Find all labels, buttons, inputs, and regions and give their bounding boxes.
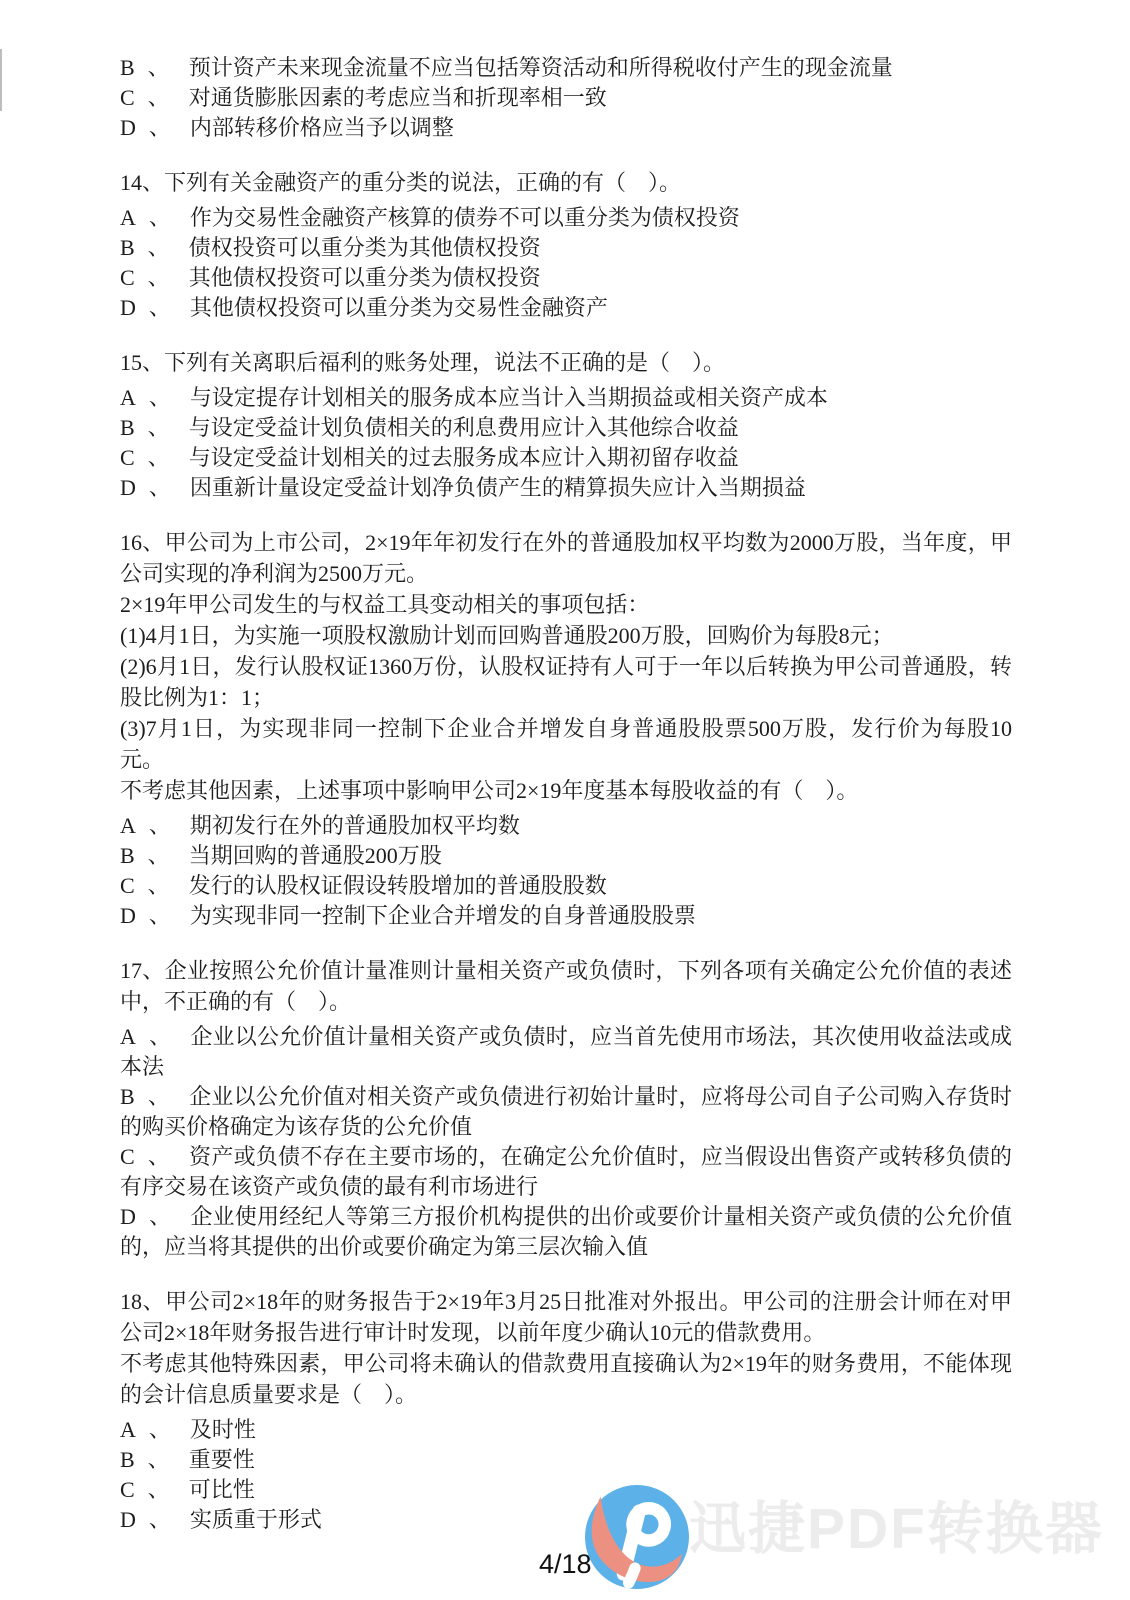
option-label: B、: [120, 235, 183, 260]
option-label: B、: [120, 1447, 183, 1472]
option-label: A、: [120, 205, 184, 230]
stem-paragraph: 15、下列有关离职后福利的账务处理，说法不正确的是（ ）。: [120, 347, 1012, 378]
question-block: 16、甲公司为上市公司，2×19年年初发行在外的普通股加权平均数为2000万股，…: [120, 527, 1012, 931]
option-line: D、企业使用经纪人等第三方报价机构提供的出价或要价计量相关资产或负债的公允价值的…: [120, 1202, 1012, 1262]
option-line: A、企业以公允价值计量相关资产或负债时，应当首先使用市场法，其次使用收益法或成本…: [120, 1022, 1012, 1082]
option-label: C、: [120, 1144, 183, 1169]
option-label: D、: [120, 115, 184, 140]
option-text: 实质重于形式: [190, 1507, 322, 1532]
question-block: 14、下列有关金融资产的重分类的说法，正确的有（ ）。A、作为交易性金融资产核算…: [120, 167, 1012, 323]
option-text: 可比性: [189, 1477, 255, 1502]
option-line: D、因重新计量设定受益计划净负债产生的精算损失应计入当期损益: [120, 473, 1012, 503]
option-line: A、与设定提存计划相关的服务成本应当计入当期损益或相关资产成本: [120, 383, 1012, 413]
page-indicator: 4/18: [539, 1550, 592, 1578]
option-text: 期初发行在外的普通股加权平均数: [190, 813, 520, 838]
options-list: A、作为交易性金融资产核算的债券不可以重分类为债权投资B、债权投资可以重分类为其…: [120, 203, 1012, 323]
option-text: 与设定提存计划相关的服务成本应当计入当期损益或相关资产成本: [190, 385, 828, 410]
option-label: D、: [120, 903, 184, 928]
option-line: B、与设定受益计划负债相关的利息费用应计入其他综合收益: [120, 413, 1012, 443]
option-text: 企业以公允价值计量相关资产或负债时，应当首先使用市场法，其次使用收益法或成本法: [120, 1024, 1012, 1079]
option-line: A、作为交易性金融资产核算的债券不可以重分类为债权投资: [120, 203, 1012, 233]
question-stem: 14、下列有关金融资产的重分类的说法，正确的有（ ）。: [120, 167, 1012, 198]
option-line: C、与设定受益计划相关的过去服务成本应计入期初留存收益: [120, 443, 1012, 473]
option-label: B、: [120, 1084, 183, 1109]
stem-paragraph: (2)6月1日，发行认股权证1360万份，认股权证持有人可于一年以后转换为甲公司…: [120, 651, 1012, 713]
option-label: B、: [120, 843, 183, 868]
option-line: B、当期回购的普通股200万股: [120, 841, 1012, 871]
question-block: B、预计资产未来现金流量不应当包括筹资活动和所得税收付产生的现金流量C、对通货膨…: [120, 53, 1012, 143]
option-text: 预计资产未来现金流量不应当包括筹资活动和所得税收付产生的现金流量: [189, 55, 893, 80]
option-text: 与设定受益计划相关的过去服务成本应计入期初留存收益: [189, 445, 739, 470]
option-label: B、: [120, 55, 183, 80]
option-line: D、内部转移价格应当予以调整: [120, 113, 1012, 143]
question-stem: 18、甲公司2×18年的财务报告于2×19年3月25日批准对外报出。甲公司的注册…: [120, 1286, 1012, 1410]
option-label: C、: [120, 85, 183, 110]
option-label: A、: [120, 813, 184, 838]
stem-paragraph: 17、企业按照公允价值计量准则计量相关资产或负债时，下列各项有关确定公允价值的表…: [120, 955, 1012, 1017]
option-text: 企业使用经纪人等第三方报价机构提供的出价或要价计量相关资产或负债的公允价值的，应…: [120, 1204, 1012, 1259]
option-line: B、预计资产未来现金流量不应当包括筹资活动和所得税收付产生的现金流量: [120, 53, 1012, 83]
option-line: D、其他债权投资可以重分类为交易性金融资产: [120, 293, 1012, 323]
option-label: D、: [120, 1204, 184, 1229]
stem-paragraph: 不考虑其他特殊因素，甲公司将未确认的借款费用直接确认为2×19年的财务费用，不能…: [120, 1348, 1012, 1410]
option-text: 对通货膨胀因素的考虑应当和折现率相一致: [189, 85, 607, 110]
option-line: C、对通货膨胀因素的考虑应当和折现率相一致: [120, 83, 1012, 113]
options-list: B、预计资产未来现金流量不应当包括筹资活动和所得税收付产生的现金流量C、对通货膨…: [120, 53, 1012, 143]
stem-paragraph: 16、甲公司为上市公司，2×19年年初发行在外的普通股加权平均数为2000万股，…: [120, 527, 1012, 589]
option-label: D、: [120, 1507, 184, 1532]
option-line: B、债权投资可以重分类为其他债权投资: [120, 233, 1012, 263]
option-label: D、: [120, 295, 184, 320]
question-stem: 16、甲公司为上市公司，2×19年年初发行在外的普通股加权平均数为2000万股，…: [120, 527, 1012, 806]
options-list: A、与设定提存计划相关的服务成本应当计入当期损益或相关资产成本B、与设定受益计划…: [120, 383, 1012, 503]
option-line: C、其他债权投资可以重分类为债权投资: [120, 263, 1012, 293]
question-block: 15、下列有关离职后福利的账务处理，说法不正确的是（ ）。A、与设定提存计划相关…: [120, 347, 1012, 503]
option-line: A、及时性: [120, 1415, 1012, 1445]
stem-paragraph: (1)4月1日，为实施一项股权激励计划而回购普通股200万股，回购价为每股8元；: [120, 620, 1012, 651]
option-label: A、: [120, 385, 184, 410]
option-label: A、: [120, 1024, 184, 1049]
option-line: D、为实现非同一控制下企业合并增发的自身普通股股票: [120, 901, 1012, 931]
stem-paragraph: 18、甲公司2×18年的财务报告于2×19年3月25日批准对外报出。甲公司的注册…: [120, 1286, 1012, 1348]
option-line: B、企业以公允价值对相关资产或负债进行初始计量时，应将母公司自子公司购入存货时的…: [120, 1082, 1012, 1142]
option-label: C、: [120, 445, 183, 470]
option-line: B、重要性: [120, 1445, 1012, 1475]
options-list: A、期初发行在外的普通股加权平均数B、当期回购的普通股200万股C、发行的认股权…: [120, 811, 1012, 931]
option-label: C、: [120, 1477, 183, 1502]
option-text: 发行的认股权证假设转股增加的普通股股数: [189, 873, 607, 898]
watermark-text: 迅捷PDF转换器: [689, 1498, 1104, 1560]
stem-paragraph: 14、下列有关金融资产的重分类的说法，正确的有（ ）。: [120, 167, 1012, 198]
option-text: 资产或负债不存在主要市场的，在确定公允价值时，应当假设出售资产或转移负债的有序交…: [120, 1144, 1012, 1199]
option-text: 企业以公允价值对相关资产或负债进行初始计量时，应将母公司自子公司购入存货时的购买…: [120, 1084, 1012, 1139]
option-text: 内部转移价格应当予以调整: [190, 115, 454, 140]
option-text: 与设定受益计划负债相关的利息费用应计入其他综合收益: [189, 415, 739, 440]
question-stem: 17、企业按照公允价值计量准则计量相关资产或负债时，下列各项有关确定公允价值的表…: [120, 955, 1012, 1017]
option-text: 为实现非同一控制下企业合并增发的自身普通股股票: [190, 903, 696, 928]
option-label: B、: [120, 415, 183, 440]
stem-paragraph: 2×19年甲公司发生的与权益工具变动相关的事项包括：: [120, 589, 1012, 620]
option-label: A、: [120, 1417, 184, 1442]
scan-artifact-line: [0, 49, 2, 111]
document-body: B、预计资产未来现金流量不应当包括筹资活动和所得税收付产生的现金流量C、对通货膨…: [0, 0, 1130, 1535]
option-label: C、: [120, 873, 183, 898]
option-label: C、: [120, 265, 183, 290]
option-text: 因重新计量设定受益计划净负债产生的精算损失应计入当期损益: [190, 475, 806, 500]
stem-paragraph: (3)7月1日，为实现非同一控制下企业合并增发自身普通股股票500万股，发行价为…: [120, 713, 1012, 775]
options-list: A、企业以公允价值计量相关资产或负债时，应当首先使用市场法，其次使用收益法或成本…: [120, 1022, 1012, 1262]
option-text: 当期回购的普通股200万股: [189, 843, 442, 868]
option-text: 重要性: [189, 1447, 255, 1472]
option-text: 作为交易性金融资产核算的债券不可以重分类为债权投资: [190, 205, 740, 230]
question-stem: 15、下列有关离职后福利的账务处理，说法不正确的是（ ）。: [120, 347, 1012, 378]
option-text: 及时性: [190, 1417, 256, 1442]
question-block: 17、企业按照公允价值计量准则计量相关资产或负债时，下列各项有关确定公允价值的表…: [120, 955, 1012, 1262]
page: B、预计资产未来现金流量不应当包括筹资活动和所得税收付产生的现金流量C、对通货膨…: [0, 0, 1130, 1535]
option-line: A、期初发行在外的普通股加权平均数: [120, 811, 1012, 841]
option-text: 其他债权投资可以重分类为交易性金融资产: [190, 295, 608, 320]
option-line: C、资产或负债不存在主要市场的，在确定公允价值时，应当假设出售资产或转移负债的有…: [120, 1142, 1012, 1202]
option-label: D、: [120, 475, 184, 500]
option-line: C、发行的认股权证假设转股增加的普通股股数: [120, 871, 1012, 901]
option-text: 债权投资可以重分类为其他债权投资: [189, 235, 541, 260]
option-text: 其他债权投资可以重分类为债权投资: [189, 265, 541, 290]
stem-paragraph: 不考虑其他因素，上述事项中影响甲公司2×19年度基本每股收益的有（ ）。: [120, 775, 1012, 806]
pdf-converter-logo-icon: [585, 1485, 689, 1589]
